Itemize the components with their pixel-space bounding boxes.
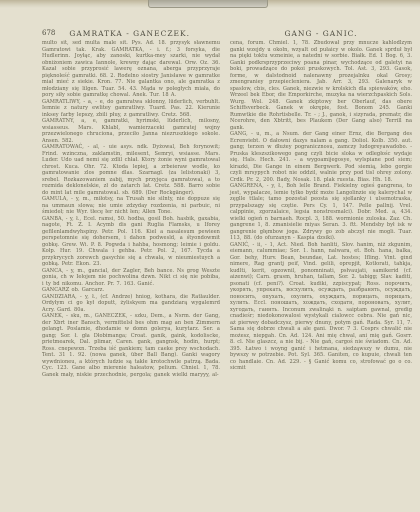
entry-gamratowac: GAMRATOWAĆ, - al, - uie asys. ndk. Dyżow…	[42, 144, 220, 196]
right-column: GANG - GANIC. cena, forum. Chmiel. 1, 78…	[230, 26, 412, 372]
entry-ganca: GANCA, - y, m., gancial, der Zagler, Beh…	[42, 268, 220, 288]
entry-gamratka: multo sit, sed multa male sit. Pys. Ad. …	[42, 40, 220, 99]
left-header-title: GAMRATKA - GANECZEK.	[69, 29, 190, 38]
entry-gandziara: GANDZIARA, - y, ł., (cf. Andrze) hniog, …	[42, 294, 220, 314]
left-column-text: multo sit, sed multa male sit. Pys. Ad. …	[42, 40, 220, 378]
left-column: 678 GAMRATKA - GANECZEK. multo sit, sed …	[42, 26, 220, 378]
entry-ganic: GANIĆ, - ii, - 1, Act. Nied. Boh hanliti…	[230, 242, 412, 372]
right-running-header: GANG - GANIC.	[230, 26, 412, 40]
entry-gangrena: GANGRENA, - y, ł., Boh lelle Brand. Fiek…	[230, 183, 412, 242]
entry-gang: GANG, - u, m., a Nsum. der Gang einer Er…	[230, 131, 412, 183]
entry-gamula: GAMULA, - y, m., miłotsy, na Trusah nie …	[42, 196, 220, 216]
right-column-text: cena, forum. Chmiel. 1, 78. Zbudował prz…	[230, 40, 412, 372]
left-running-header: 678 GAMRATKA - GANECZEK.	[42, 26, 220, 40]
entry-gamratny: GAMRATNY, a, e, gamratki, hyrimski, lüde…	[42, 118, 220, 144]
entry-ganba: GANBA, - y, ł., Ecel. ramsi, 50. hodba, …	[42, 216, 220, 268]
right-header-title: GANG - GANIC.	[284, 29, 357, 38]
entry-ganek: GANEK, - sku, m., GANECZEK, - szku, Dem.…	[42, 313, 220, 378]
entry-gamratliwy: GAMRATLIWY, - a, - e, do gamratwa skłonn…	[42, 99, 220, 119]
page-number: 678	[42, 29, 55, 37]
dictionary-page: 678 GAMRATKA - GANECZEK. multo sit, sed …	[40, 26, 414, 456]
entry-ganek-cont: cena, forum. Chmiel. 1, 78. Zbudował prz…	[230, 40, 412, 131]
page-clip	[148, 0, 268, 8]
